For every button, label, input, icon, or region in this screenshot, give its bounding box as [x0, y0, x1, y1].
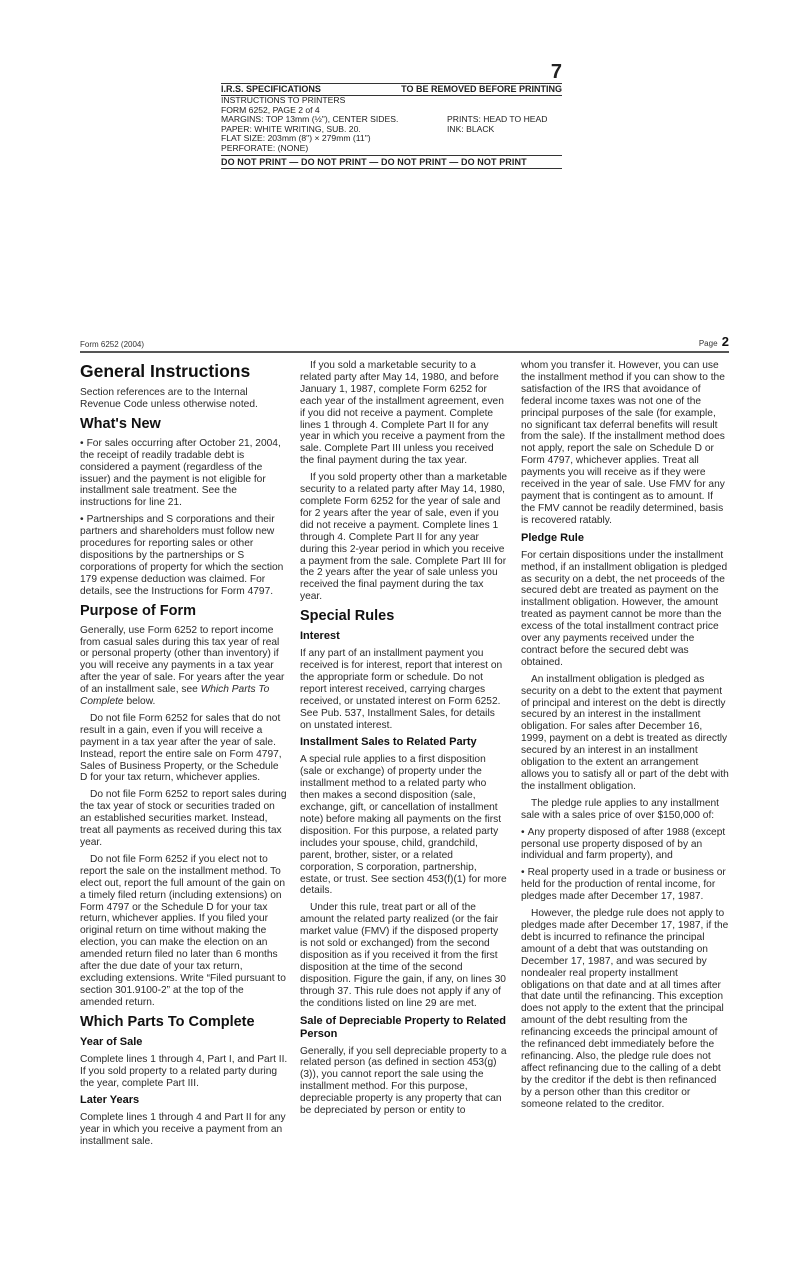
header-rule — [80, 351, 729, 353]
related-party-heading: Installment Sales to Related Party — [300, 736, 508, 749]
bullet-item: Any property disposed of after 1988 (exc… — [521, 827, 729, 863]
paragraph: Do not file Form 6252 if you elect not t… — [80, 854, 288, 1009]
pledge-rule-heading: Pledge Rule — [521, 532, 729, 545]
whats-new-heading: What's New — [80, 416, 288, 433]
bullet-item: Real property used in a trade or busines… — [521, 867, 729, 903]
bullet-item: Partnerships and S corporations and thei… — [80, 514, 288, 597]
spec-do-not-print: DO NOT PRINT — DO NOT PRINT — DO NOT PRI… — [221, 155, 562, 169]
paragraph: whom you transfer it. However, you can u… — [521, 360, 729, 527]
year-of-sale-heading: Year of Sale — [80, 1036, 288, 1049]
paragraph: However, the pledge rule does not apply … — [521, 908, 729, 1110]
spec-line-left: PERFORATE: (NONE) — [221, 144, 447, 154]
column-2: If you sold a marketable security to a r… — [300, 360, 508, 1122]
paragraph: Do not file Form 6252 for sales that do … — [80, 713, 288, 784]
paragraph: If any part of an installment payment yo… — [300, 648, 508, 731]
paragraph: If you sold property other than a market… — [300, 472, 508, 603]
purpose-paragraph: Generally, use Form 6252 to report incom… — [80, 625, 288, 708]
page-header: Form 6252 (2004) Page 2 — [80, 333, 729, 349]
page-label: Page — [699, 339, 718, 348]
later-years-heading: Later Years — [80, 1094, 288, 1107]
paragraph: The pledge rule applies to any installme… — [521, 798, 729, 822]
column-3: whom you transfer it. However, you can u… — [521, 360, 729, 1115]
paragraph: A special rule applies to a first dispos… — [300, 754, 508, 897]
paragraph: Do not file Form 6252 to report sales du… — [80, 789, 288, 849]
paragraph: Generally, if you sell depreciable prope… — [300, 1046, 508, 1117]
general-instructions-title: General Instructions — [80, 361, 288, 381]
text-run: below. — [124, 696, 156, 707]
spec-line-right: INK: BLACK — [447, 125, 494, 135]
spec-line: PERFORATE: (NONE) — [221, 144, 562, 154]
page-number: 2 — [722, 334, 729, 349]
paragraph: Complete lines 1 through 4, Part I, and … — [80, 1054, 288, 1090]
paragraph: Complete lines 1 through 4 and Part II f… — [80, 1112, 288, 1148]
intro-text: Section references are to the Internal R… — [80, 387, 288, 411]
column-1: General Instructions Section references … — [80, 360, 288, 1153]
spec-title-left: I.R.S. SPECIFICATIONS — [221, 84, 321, 95]
spec-page-number: 7 — [221, 62, 562, 82]
paragraph: Under this rule, treat part or all of th… — [300, 902, 508, 1009]
paragraph: An installment obligation is pledged as … — [521, 674, 729, 793]
printer-spec-block: 7 I.R.S. SPECIFICATIONS TO BE REMOVED BE… — [221, 62, 562, 169]
interest-heading: Interest — [300, 630, 508, 643]
page-indicator: Page 2 — [699, 334, 729, 349]
form-label: Form 6252 (2004) — [80, 340, 144, 349]
purpose-heading: Purpose of Form — [80, 603, 288, 620]
depreciable-heading: Sale of Depreciable Property to Related … — [300, 1015, 508, 1041]
spec-title-right: TO BE REMOVED BEFORE PRINTING — [401, 84, 562, 95]
special-rules-heading: Special Rules — [300, 608, 508, 625]
paragraph: For certain dispositions under the insta… — [521, 550, 729, 669]
paragraph: If you sold a marketable security to a r… — [300, 360, 508, 467]
bullet-item: For sales occurring after October 21, 20… — [80, 438, 288, 509]
which-parts-heading: Which Parts To Complete — [80, 1014, 288, 1031]
